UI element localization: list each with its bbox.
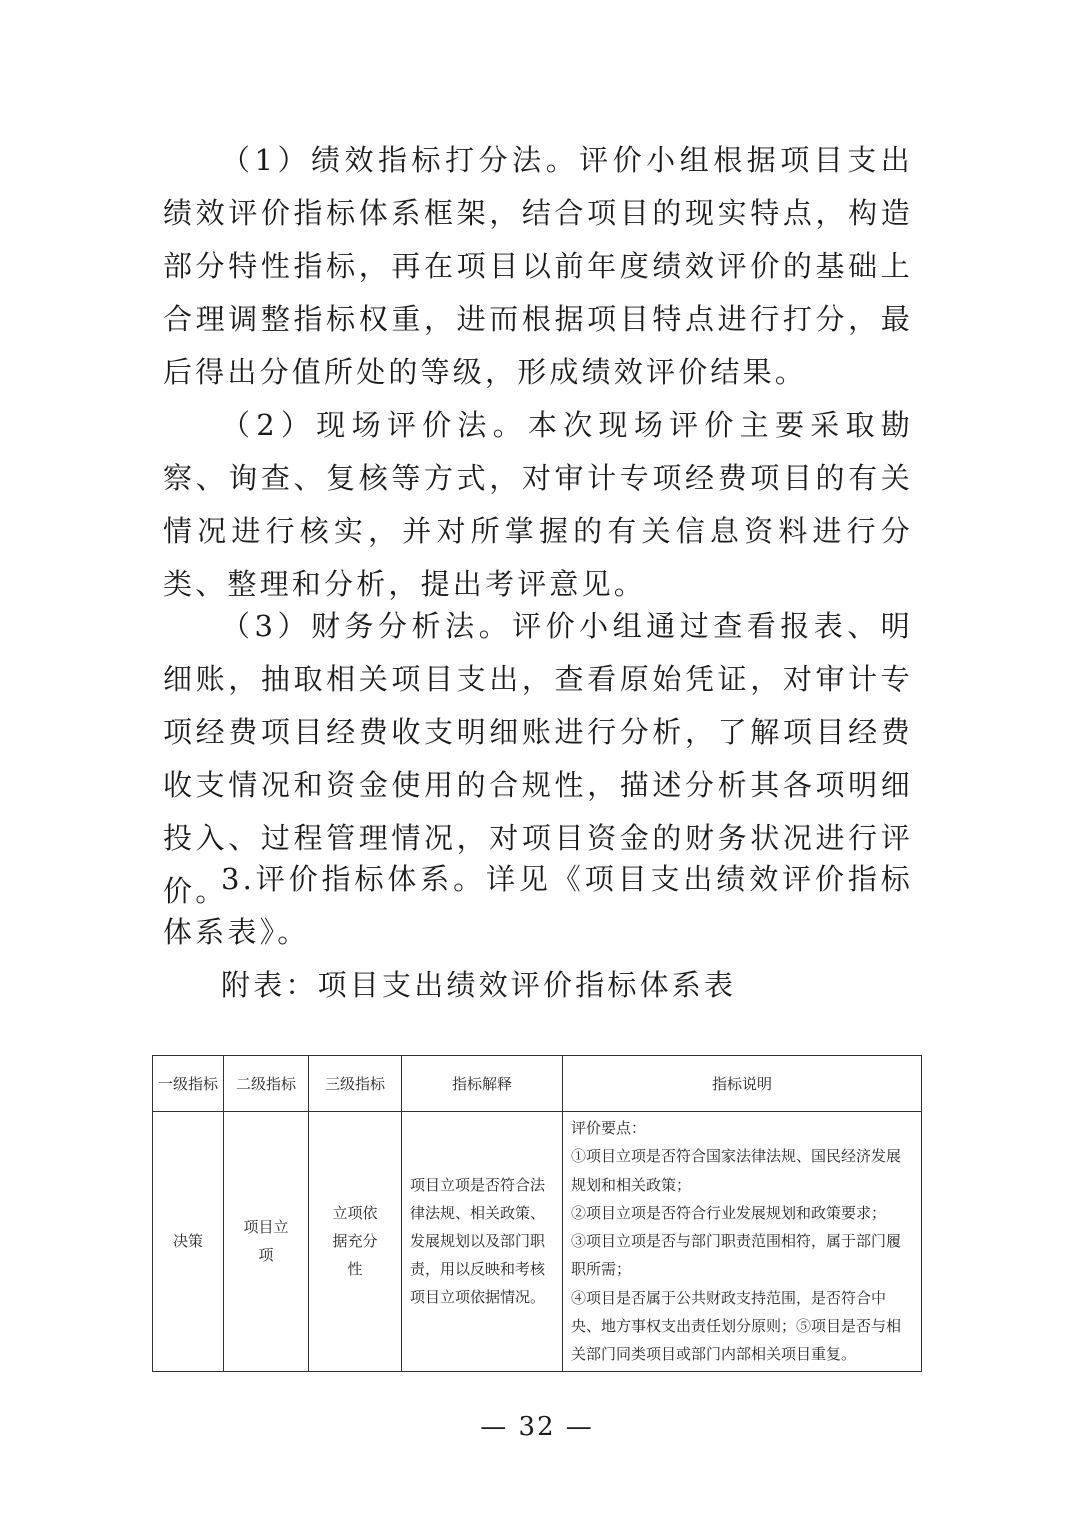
header-level3: 三级指标: [309, 1056, 402, 1112]
description-point-1: ①项目立项是否符合国家法律法规、国民经济发展规划和相关政策；: [571, 1142, 913, 1199]
table-row: 决策 项目立项 立项依据充分性 项目立项是否符合法律法规、相关政策、发展规划以及…: [153, 1112, 922, 1372]
cell-explanation: 项目立项是否符合法律法规、相关政策、发展规划以及部门职责，用以反映和考核项目立项…: [402, 1112, 563, 1372]
header-label: 一级指标: [158, 1075, 218, 1093]
paragraph-scoring-method: （1）绩效指标打分法。评价小组根据项目支出绩效评价指标体系框架，结合项目的现实特…: [163, 134, 913, 399]
paragraph-text: （2）现场评价法。本次现场评价主要采取勘察、询查、复核等方式，对审计专项经费项目…: [163, 399, 913, 611]
header-label: 指标解释: [452, 1075, 512, 1093]
header-label: 三级指标: [325, 1075, 385, 1093]
table-header-row: 一级指标 二级指标 三级指标 指标解释 指标说明: [153, 1056, 922, 1112]
description-heading: 评价要点：: [571, 1114, 913, 1142]
description-point-4-5: ④项目是否属于公共财政支持范围，是否符合中央、地方事权支出责任划分原则；⑤项目是…: [571, 1284, 913, 1369]
appendix-label: 附表：项目支出绩效评价指标体系表: [221, 959, 736, 1012]
header-explanation: 指标解释: [402, 1056, 563, 1112]
paragraph-text: （1）绩效指标打分法。评价小组根据项目支出绩效评价指标体系框架，结合项目的现实特…: [163, 134, 913, 399]
header-level1: 一级指标: [153, 1056, 224, 1112]
cell-level1: 决策: [153, 1112, 224, 1372]
cell-level3: 立项依据充分性: [309, 1112, 402, 1372]
paragraph-text: 3.评价指标体系。详见《项目支出绩效评价指标体系表》。: [163, 853, 913, 959]
paragraph-onsite-method: （2）现场评价法。本次现场评价主要采取勘察、询查、复核等方式，对审计专项经费项目…: [163, 399, 913, 611]
cell-description: 评价要点： ①项目立项是否符合国家法律法规、国民经济发展规划和相关政策； ②项目…: [563, 1112, 922, 1372]
document-page: （1）绩效指标打分法。评价小组根据项目支出绩效评价指标体系框架，结合项目的现实特…: [0, 0, 1074, 1520]
page-number: — 32 —: [0, 1412, 1074, 1442]
header-level2: 二级指标: [224, 1056, 309, 1112]
header-label: 指标说明: [712, 1075, 772, 1093]
indicator-table: 一级指标 二级指标 三级指标 指标解释 指标说明 决策 项目立项 立项依据充分性…: [152, 1055, 922, 1372]
description-point-3: ③项目立项是否与部门职责范围相符，属于部门履职所需；: [571, 1227, 913, 1284]
description-point-2: ②项目立项是否符合行业发展规划和政策要求；: [571, 1199, 913, 1227]
header-label: 二级指标: [236, 1075, 296, 1093]
cell-level2: 项目立项: [224, 1112, 309, 1372]
paragraph-indicator-system: 3.评价指标体系。详见《项目支出绩效评价指标体系表》。: [163, 853, 913, 959]
header-description: 指标说明: [563, 1056, 922, 1112]
